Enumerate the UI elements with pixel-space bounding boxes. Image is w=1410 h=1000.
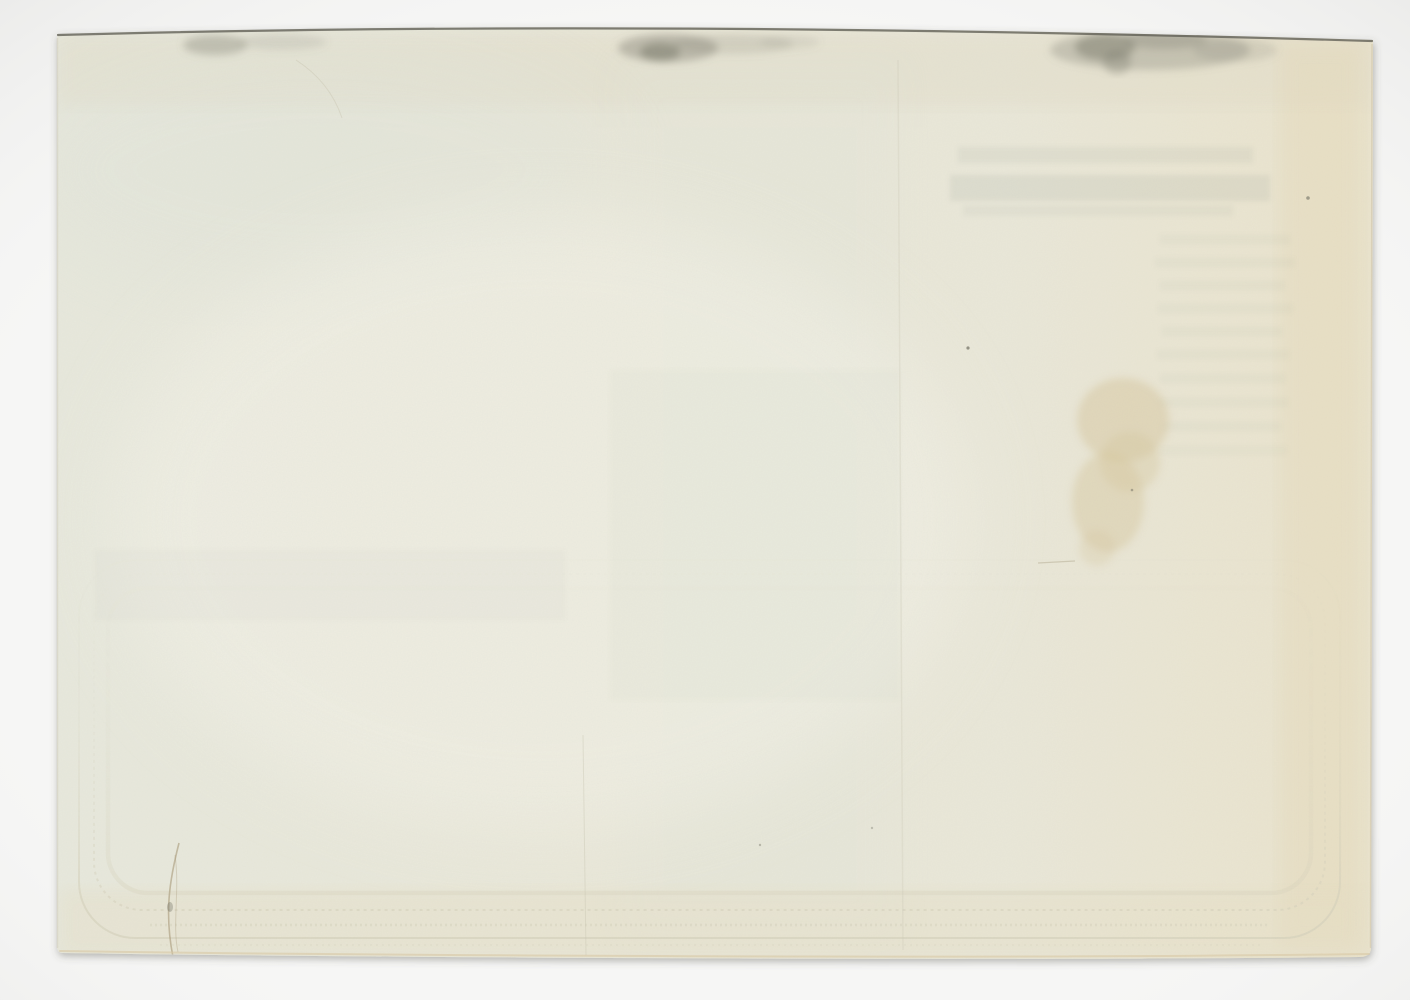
photo-of-aged-paper [0,0,1410,1000]
paper-grain-texture [40,15,1390,975]
paper-surface-details [20,15,1390,975]
paper-photo-canvas [0,0,1410,1000]
